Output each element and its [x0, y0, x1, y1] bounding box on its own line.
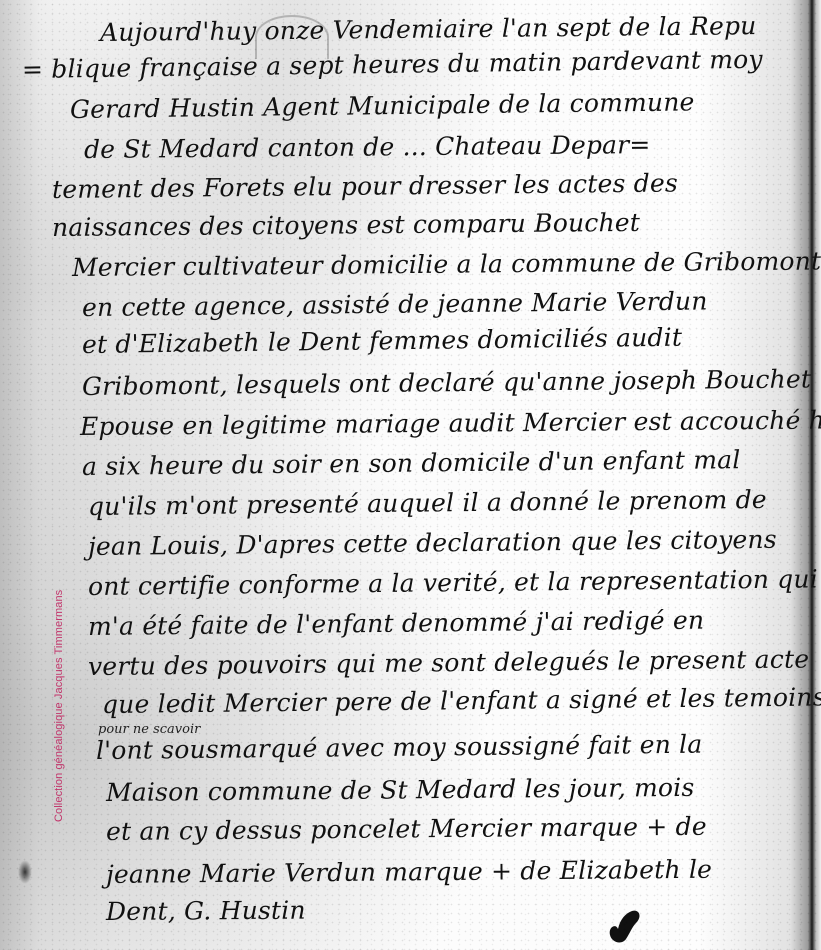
- scanned-document-page: Aujourd'huy onze Vendemiaire l'an sept d…: [0, 0, 821, 950]
- record-line-9: et d'Elizabeth le Dent femmes domiciliés…: [82, 323, 682, 359]
- record-line-15: ont certifie conforme a la verité, et la…: [88, 564, 818, 601]
- record-line-11: Epouse en legitime mariage audit Mercier…: [80, 405, 821, 441]
- record-line-21: et an cy dessus poncelet Mercier marque …: [106, 812, 707, 846]
- record-line-2: = blique française a sept heures du mati…: [22, 45, 763, 84]
- record-line-6: naissances des citoyens est comparu Bouc…: [52, 208, 640, 242]
- record-line-17: vertu des pouvoirs qui me sont delegués …: [88, 644, 810, 681]
- handwritten-record: Aujourd'huy onze Vendemiaire l'an sept d…: [62, 0, 812, 950]
- record-line-18: que ledit Mercier pere de l'enfant a sig…: [102, 682, 821, 719]
- record-line-22: jeanne Marie Verdun marque + de Elizabet…: [106, 855, 712, 889]
- record-line-1: Aujourd'huy onze Vendemiaire l'an sept d…: [100, 11, 757, 47]
- collection-watermark: Collection généalogique Jacques Timmerma…: [53, 590, 65, 822]
- record-line-4: de St Medard canton de ... Chateau Depar…: [84, 130, 651, 164]
- record-line-13: qu'ils m'ont presenté auquel il a donné …: [88, 485, 767, 521]
- record-line-10: Gribomont, lesquels ont declaré qu'anne …: [82, 364, 811, 401]
- record-line-7: Mercier cultivateur domicilie a la commu…: [72, 246, 821, 282]
- record-line-14: jean Louis, D'apres cette declaration qu…: [88, 525, 777, 561]
- record-line-23-signature: Dent, G. Hustin: [106, 896, 306, 926]
- record-line-8: en cette agence, assisté de jeanne Marie…: [82, 286, 708, 322]
- record-line-20: Maison commune de St Medard les jour, mo…: [106, 773, 695, 807]
- ink-blot-icon: [606, 905, 642, 945]
- record-line-3: Gerard Hustin Agent Municipale de la com…: [70, 87, 695, 124]
- ink-smudge: [18, 860, 32, 884]
- record-line-19: l'ont sousmarqué avec moy soussigné fait…: [96, 730, 703, 765]
- record-line-5: tement des Forets elu pour dresser les a…: [52, 168, 678, 204]
- record-line-12: a six heure du soir en son domicile d'un…: [82, 445, 741, 481]
- record-line-16: m'a été faite de l'enfant denommé j'ai r…: [88, 606, 705, 641]
